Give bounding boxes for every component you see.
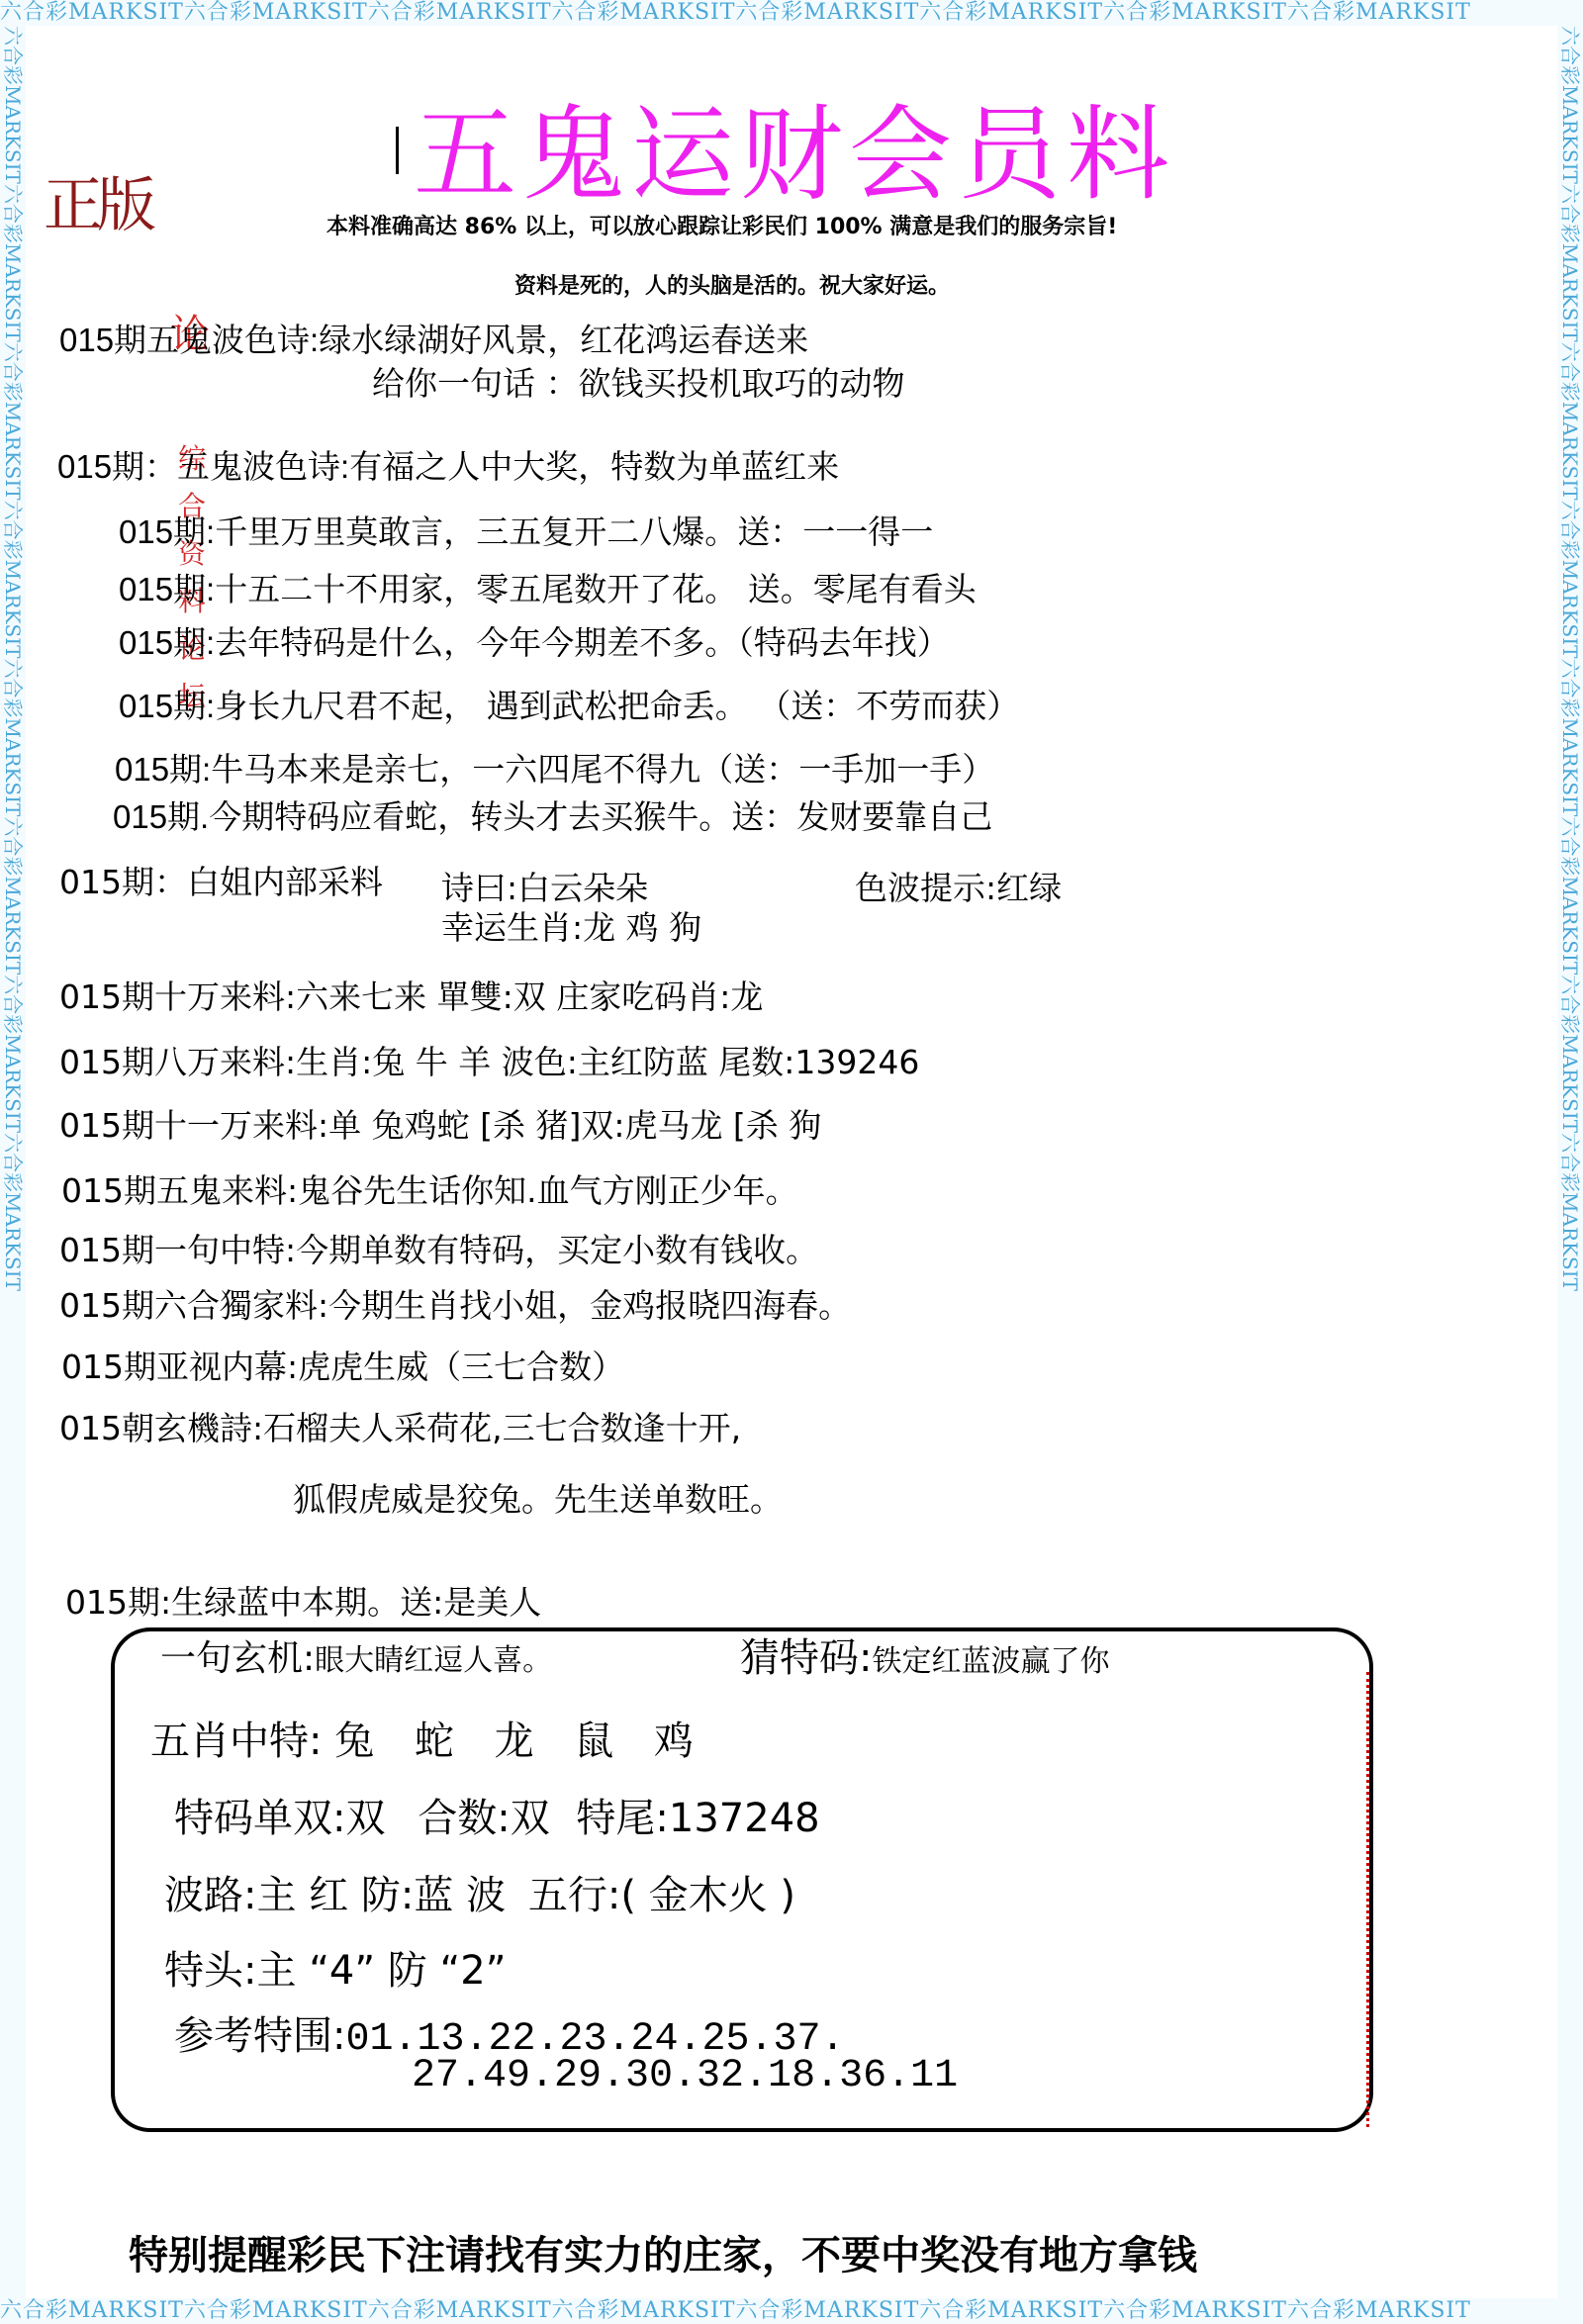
info-label: 015期五鬼来料: xyxy=(61,1171,298,1210)
watermark-border-right: 六合彩MARKSIT六合彩MARKSIT六合彩MARKSIT六合彩MARKSIT… xyxy=(1557,26,1583,2298)
guess-value: 铁定红蓝波赢了你 xyxy=(872,1644,1109,1679)
info-label: 015期六合獨家料: xyxy=(59,1286,328,1325)
footer-reminder: 特别提醒彩民下注请找有实力的庄家，不要中奖没有地方拿钱 xyxy=(129,2224,1197,2280)
odd-even-row: 特码单双:双 合数:双 特尾:137248 xyxy=(174,1787,820,1843)
sum-value: 双 xyxy=(511,1796,550,1841)
five-zodiac-label: 五肖中特: xyxy=(150,1719,322,1764)
head-label: 特头: xyxy=(164,1948,256,1994)
info-line: 015期一句中特:今期单数有特码，买定小数有钱收。 xyxy=(59,1225,818,1271)
line-text: 欲钱买投机取巧的动物 xyxy=(579,364,905,403)
poem-line: 015期:十五二十不用家，零五尾数开了花。 送。零尾有看头 xyxy=(119,564,977,610)
info-text: 生肖:兔 牛 羊 波色:主红防蓝 尾数:139246 xyxy=(296,1043,919,1081)
info-label: 015期八万来料: xyxy=(59,1043,296,1081)
poem-line: 015期:牛马本来是亲七，一六四尾不得九（送：一手加一手） xyxy=(115,744,994,790)
poem-line: 015期：五鬼波色诗:有福之人中大奖，特数为单蓝红来 xyxy=(57,441,839,488)
authentic-badge: 正版 xyxy=(44,158,150,243)
wave-row: 波路:主 红 防:蓝 波 五行:( 金木火 ) xyxy=(164,1864,795,1920)
info-line: 015期六合獨家料:今期生肖找小姐，金鸡报晓四海春。 xyxy=(59,1280,851,1327)
odd-even-value: 双 xyxy=(345,1796,385,1841)
watermark-border-right-text: 六合彩MARKSIT六合彩MARKSIT六合彩MARKSIT六合彩MARKSIT… xyxy=(1557,26,1583,2298)
poem-line: 015期:去年特码是什么，今年今期差不多。（特码去年找） xyxy=(119,617,950,664)
head-value: 主 “4” 防 “2” xyxy=(256,1948,506,1994)
element-label: 五行: xyxy=(528,1873,620,1918)
five-zodiac-row: 五肖中特: 兔 蛇 龙 鼠 鸡 xyxy=(150,1710,707,1766)
wave-value: 主 红 防:蓝 波 xyxy=(256,1873,506,1918)
reference-label: 参考特围: xyxy=(174,2013,345,2059)
info-label: 015期一句中特: xyxy=(59,1231,296,1269)
page-title: 五鬼运财会员料 xyxy=(414,71,1175,220)
line-label: 015期: xyxy=(115,751,211,788)
head-row: 特头:主 “4” 防 “2” xyxy=(164,1939,506,1996)
info-line: 狐假虎威是狡兔。先生送单数旺。 xyxy=(293,1474,783,1521)
line-label: 015期：五鬼波色诗: xyxy=(57,448,349,485)
lucky-zodiac: 幸运生肖:龙 鸡 狗 xyxy=(441,902,701,949)
poem-line: 给你一句话 ：欲钱买投机取巧的动物 xyxy=(372,358,905,405)
motto: 资料是死的，人的头脑是活的。祝大家好运。 xyxy=(514,269,950,300)
riddle-label: 一句玄机: xyxy=(160,1638,315,1679)
info-line: 015期十一万来料:单 兔鸡蛇 [杀 猪]双:虎马龙 [杀 狗 xyxy=(59,1100,821,1147)
wave-hint-value: 红绿 xyxy=(996,869,1062,907)
info-text: 单 兔鸡蛇 [杀 猪]双:虎马龙 [杀 狗 xyxy=(328,1106,821,1145)
line-text: 去年特码是什么，今年今期差不多。（特码去年找） xyxy=(215,623,950,662)
line-label: 015期: xyxy=(119,571,215,607)
line-text: 有福之人中大奖，特数为单蓝红来 xyxy=(349,447,839,486)
line-text: 千里万里莫敢言，三五复开二八爆。送：一一得一 xyxy=(215,512,933,551)
line-text: 十五二十不用家，零五尾数开了花。 送。零尾有看头 xyxy=(215,570,977,608)
poem-line: 015期.今期特码应看蛇，转头才去买猴牛。送：发财要靠自己 xyxy=(113,791,992,838)
wave-label: 波路: xyxy=(164,1873,256,1918)
watermark-border-left: 六合彩MARKSIT六合彩MARKSIT六合彩MARKSIT六合彩MARKSIT… xyxy=(0,26,26,2298)
info-line: 015期十万来料:六来七来 單雙:双 庄家吃码肖:龙 xyxy=(59,972,763,1018)
red-edge-mark xyxy=(1363,1672,1369,2127)
riddle-row: 一句玄机:眼大睛红逗人喜。 xyxy=(160,1630,552,1681)
poem-line: 015期:千里万里莫敢言，三五复开二八爆。送：一一得一 xyxy=(119,507,933,553)
reference-line-2: 27.49.29.30.32.18.36.11 xyxy=(412,2054,958,2098)
info-text: 生绿蓝中本期。送:是美人 xyxy=(171,1583,541,1622)
guess-label: 猜特码: xyxy=(740,1635,872,1681)
title-divider xyxy=(396,127,399,174)
watermark-border-top: 六合彩MARKSIT六合彩MARKSIT六合彩MARKSIT六合彩MARKSIT… xyxy=(0,0,1583,26)
info-label: 015期十一万来料: xyxy=(59,1106,328,1145)
line-label: 015期五鬼波色诗: xyxy=(59,322,319,358)
info-line: 015期五鬼来料:鬼谷先生话你知.血气方刚正少年。 xyxy=(61,1165,798,1212)
info-text: 今期生肖找小姐，金鸡报晓四海春。 xyxy=(328,1286,851,1325)
tail-value: 137248 xyxy=(669,1796,820,1841)
line-text: 身长九尺君不起， 遇到武松把命丢。 （送：不劳而获） xyxy=(215,687,1019,725)
info-text: 虎虎生威（三七合数） xyxy=(298,1348,624,1386)
line-label: 015期: xyxy=(119,624,215,661)
tail-label: 特尾: xyxy=(576,1796,668,1841)
wave-hint: 色波提示:红绿 xyxy=(855,863,1062,909)
watermark-border-left-text: 六合彩MARKSIT六合彩MARKSIT六合彩MARKSIT六合彩MARKSIT… xyxy=(0,26,26,2298)
info-text: 狐假虎威是狡兔。先生送单数旺。 xyxy=(293,1480,783,1519)
tagline: 本料准确高达 86% 以上，可以放心跟踪让彩民们 100% 满意是我们的服务宗旨… xyxy=(326,210,1117,240)
info-label: 015期亚视内幕: xyxy=(61,1348,298,1386)
info-text: 鬼谷先生话你知.血气方刚正少年。 xyxy=(298,1171,798,1210)
watermark-border-bottom: 六合彩MARKSIT六合彩MARKSIT六合彩MARKSIT六合彩MARKSIT… xyxy=(0,2298,1583,2324)
info-label: 015期十万来料: xyxy=(59,977,296,1016)
five-zodiac-value: 兔 蛇 龙 鼠 鸡 xyxy=(334,1719,707,1764)
wave-hint-label: 色波提示: xyxy=(855,869,996,907)
line-label: 给你一句话 ： xyxy=(372,364,579,403)
line-text: 牛马本来是亲七，一六四尾不得九（送：一手加一手） xyxy=(211,750,994,789)
odd-even-label: 特码单双: xyxy=(174,1796,345,1841)
riddle-value: 眼大睛红逗人喜。 xyxy=(315,1643,552,1678)
white-sister-label: 015期：白姐内部采料 xyxy=(59,857,383,903)
lucky-zodiac-value: 龙 鸡 狗 xyxy=(583,908,701,947)
info-label: 015期: xyxy=(65,1583,171,1622)
line-label: 015期. xyxy=(113,798,209,835)
poem-line: 015期:身长九尺君不起， 遇到武松把命丢。 （送：不劳而获） xyxy=(119,681,1019,727)
info-line: 015期八万来料:生肖:兔 牛 羊 波色:主红防蓝 尾数:139246 xyxy=(59,1037,919,1083)
info-text: 今期单数有特码，买定小数有钱收。 xyxy=(296,1231,818,1269)
element-value: ( 金木火 ) xyxy=(620,1873,795,1918)
info-label: 015朝玄機詩: xyxy=(59,1409,263,1447)
line-label: 015期: xyxy=(119,688,215,724)
info-line: 015朝玄機詩:石榴夫人采荷花,三七合数逢十开, xyxy=(59,1403,741,1449)
poem-line: 015期五鬼波色诗:绿水绿湖好风景，红花鸿运春送来 xyxy=(59,315,808,361)
lucky-zodiac-label: 幸运生肖: xyxy=(441,908,583,947)
guess-row: 猜特码:铁定红蓝波赢了你 xyxy=(740,1627,1109,1683)
line-text: 绿水绿湖好风景，红花鸿运春送来 xyxy=(319,321,808,359)
sum-label: 合数: xyxy=(418,1796,510,1841)
info-text: 六来七来 單雙:双 庄家吃码肖:龙 xyxy=(296,977,763,1016)
info-text: 石榴夫人采荷花,三七合数逢十开, xyxy=(263,1409,741,1447)
line-text: 今期特码应看蛇，转头才去买猴牛。送：发财要靠自己 xyxy=(209,797,992,836)
info-line: 015期亚视内幕:虎虎生威（三七合数） xyxy=(61,1342,624,1388)
line-label: 015期: xyxy=(119,513,215,550)
info-line: 015期:生绿蓝中本期。送:是美人 xyxy=(65,1577,541,1624)
